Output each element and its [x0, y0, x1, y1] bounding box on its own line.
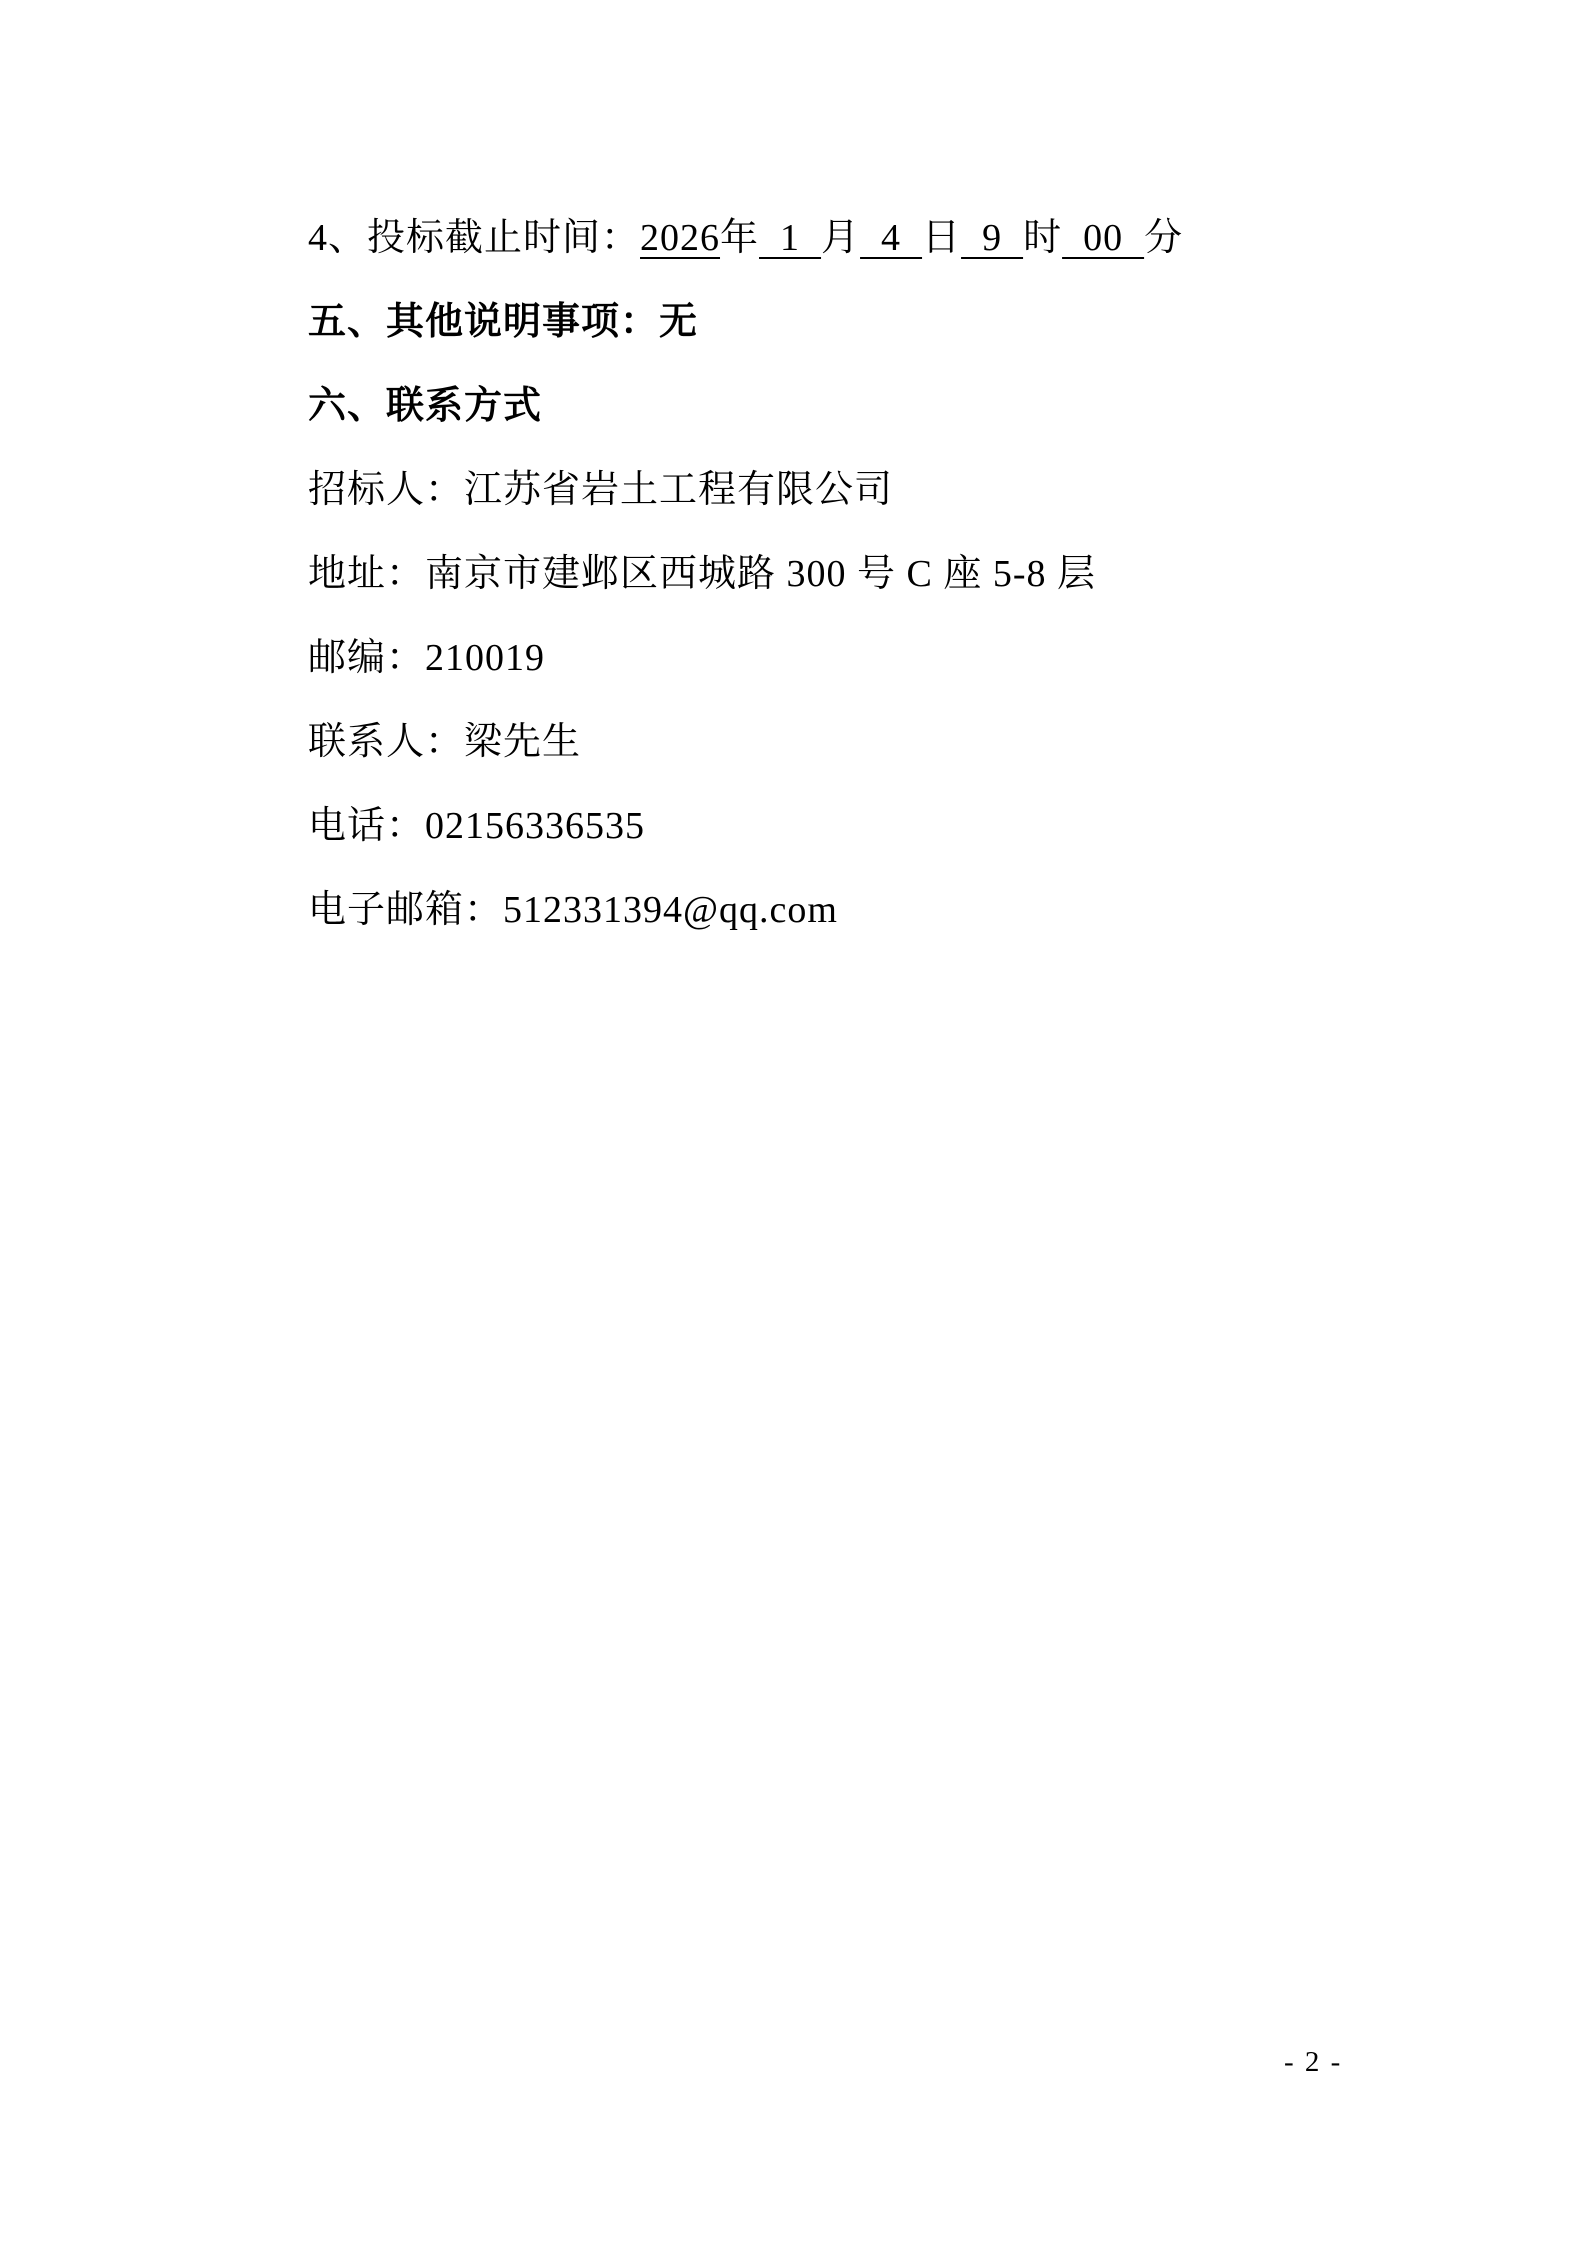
contact-line-address: 地址：南京市建邺区西城路 300 号 C 座 5-8 层	[308, 532, 1358, 616]
heading-contact: 六、联系方式	[308, 364, 1358, 448]
deadline-month-value: 1	[759, 217, 821, 259]
document-page: 4、投标截止时间：2026年 1 月 4 日 9 时 00 分 五、其他说明事项…	[0, 0, 1587, 2245]
page-number: - 2 -	[1284, 2042, 1342, 2082]
contact-line-person: 联系人：梁先生	[308, 700, 1358, 784]
deadline-hour-value: 9	[961, 217, 1023, 259]
deadline-minute-label: 分	[1144, 217, 1183, 259]
deadline-minute-value: 00	[1062, 217, 1144, 259]
deadline-prefix: 4、投标截止时间：	[308, 217, 640, 259]
deadline-day-value: 4	[860, 217, 922, 259]
contact-line-phone: 电话：02156336535	[308, 784, 1358, 868]
contact-line-email: 电子邮箱：512331394@qq.com	[308, 868, 1358, 952]
deadline-day-label: 日	[922, 217, 961, 259]
heading-other-notes: 五、其他说明事项：无	[308, 280, 1358, 364]
deadline-line: 4、投标截止时间：2026年 1 月 4 日 9 时 00 分	[308, 196, 1358, 280]
document-content: 4、投标截止时间：2026年 1 月 4 日 9 时 00 分 五、其他说明事项…	[308, 196, 1358, 952]
contact-line-postcode: 邮编：210019	[308, 616, 1358, 700]
deadline-month-label: 月	[821, 217, 860, 259]
deadline-year-label: 年	[720, 217, 759, 259]
deadline-year-value: 2026	[640, 217, 720, 259]
deadline-hour-label: 时	[1023, 217, 1062, 259]
contact-line-tenderee: 招标人：江苏省岩土工程有限公司	[308, 448, 1358, 532]
